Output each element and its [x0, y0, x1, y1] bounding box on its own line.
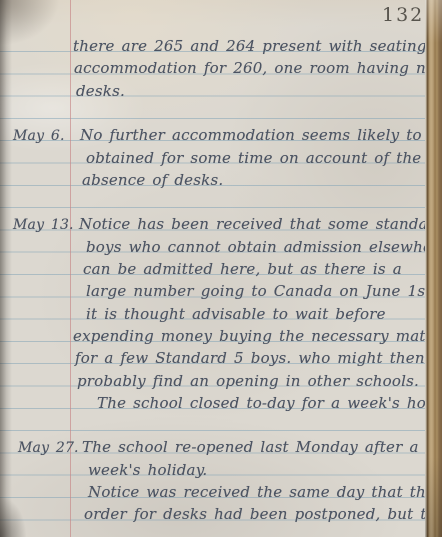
entry-date-may-6: May 6. [13, 128, 65, 144]
logbook-line: Notice has been received that some stand… [79, 216, 442, 232]
logbook-line: week's holiday. [88, 462, 207, 478]
logbook-line: The school closed to-day for a week's ho… [97, 395, 442, 411]
logbook-line: No further accommodation seems likely to… [80, 127, 442, 143]
book-fore-edge [425, 0, 442, 537]
logbook-photo: 132 there are 265 and 264 present with s… [0, 0, 442, 537]
photo-edge-left [0, 0, 12, 537]
logbook-line: obtained for some time on account of the [86, 150, 421, 166]
logbook-line: boys who cannot obtain admission elsewhe… [86, 239, 442, 255]
logbook-line: can be admitted here, but as there is a [83, 261, 402, 277]
red-margin-line [70, 0, 71, 537]
entry-date-may-27: May 27. [18, 440, 79, 456]
logbook-line: order for desks had been postponed, but … [84, 506, 442, 522]
logbook-line: expending money buying the necessary mat… [73, 328, 442, 344]
logbook-line: desks. [76, 83, 125, 99]
logbook-line: for a few Standard 5 boys. who might the… [75, 350, 425, 366]
logbook-line: Notice was received the same day that th… [88, 484, 435, 500]
logbook-line: The school re-opened last Monday after a [82, 439, 419, 455]
logbook-line: it is thought advisable to wait before [86, 306, 386, 322]
logbook-line: absence of desks. [82, 172, 223, 188]
logbook-line: large number going to Canada on June 1st [86, 283, 431, 299]
logbook-line: accommodation for 260, one room having n… [74, 60, 435, 76]
logbook-line: probably find an opening in other school… [77, 373, 419, 389]
logbook-line: there are 265 and 264 present with seati… [73, 38, 427, 54]
entry-date-may-13: May 13. [13, 217, 74, 233]
page-number: 132 [382, 4, 424, 26]
